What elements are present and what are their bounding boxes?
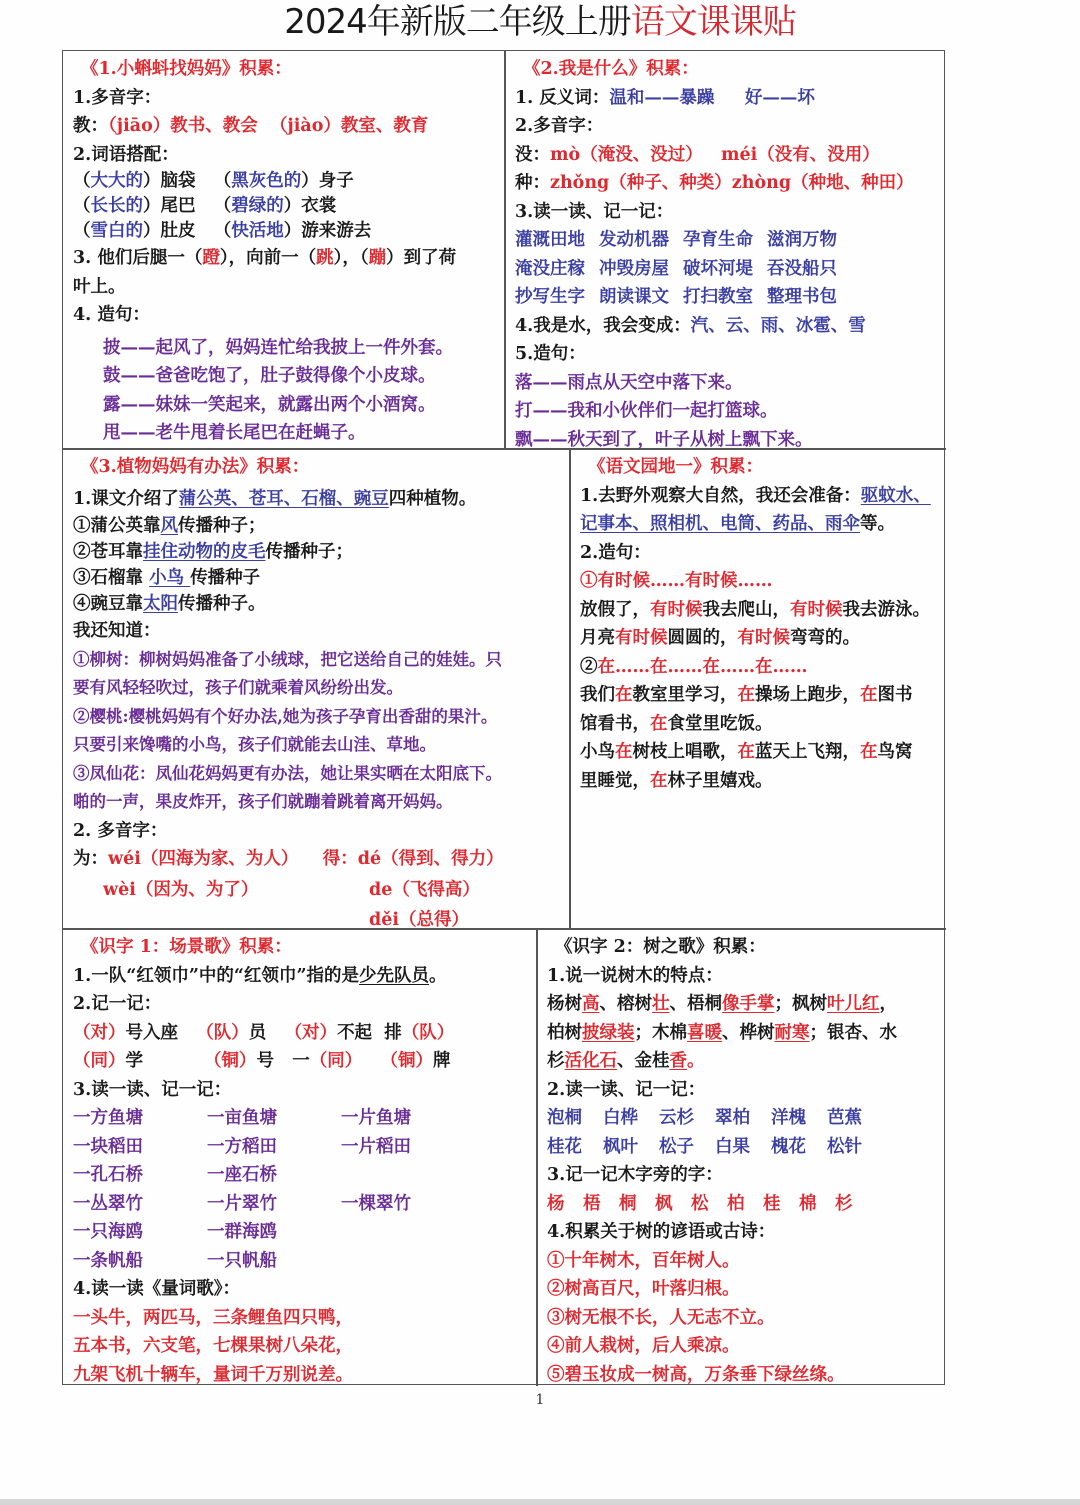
word-row: 淹没庄稼冲毁房屋破坏河堤吞没船只 (515, 255, 936, 284)
polyphone-row: 教：（jiāo）教书、教会 （jiào）教室、教育 (73, 112, 494, 141)
page-number: 1 (0, 1392, 1080, 1408)
measure-word-list: 一方鱼塘一亩鱼塘一片鱼塘 一块稻田一方稻田一片稻田 一孔石桥一座石桥 一丛翠竹一… (73, 1104, 526, 1275)
content-grid: 《1.小蝌蚪找妈妈》积累： 1.多音字： 教：（jiāo）教书、教会 （jiào… (62, 50, 945, 1385)
sentence-list: 披——起风了，妈妈连忙给我披上一件外套。鼓——爸爸吃饱了，肚子鼓得像个小皮球。露… (73, 334, 494, 448)
section-shuzhige: 《识字 2：树之歌》积累： 1.说一说树木的特点： 杨树高、榕树壮、梧桐像手掌；… (537, 929, 946, 1386)
section-heading: 《识字 1：场景歌》积累： (73, 933, 526, 962)
fill-verbs: 3. 他们后腿一（蹬），向前一（跳），（蹦）到了荷 (73, 244, 494, 273)
section-zhiwumama: 《3.植物妈妈有办法》积累： 1.课文介绍了蒲公英、苍耳、石榴、豌豆四种植物。 … (63, 449, 569, 928)
section-woshishenme: 《2.我是什么》积累： 1. 反义词：温和——暴躁 好——坏 2.多音字： 没：… (505, 51, 946, 448)
section-xiaokedou: 《1.小蝌蚪找妈妈》积累： 1.多音字： 教：（jiāo）教书、教会 （jiào… (63, 51, 504, 448)
section-yuwenyuandi: 《语文园地一》积累： 1.去野外观察大自然，我还会准备：驱蚊水、 记事本、照相机… (570, 449, 946, 928)
fill-row: （对）号入座 （队）员 （对）不起 排（队） (73, 1019, 526, 1048)
section-heading: 《2.我是什么》积累： (515, 55, 936, 84)
page-title: 2024年新版二年级上册语文课课贴 (0, 0, 1080, 46)
word-row: 抄写生字朗读课文打扫教室整理书包 (515, 283, 936, 312)
wood-radical-chars: 杨梧桐枫松柏桂棉杉 (547, 1190, 936, 1219)
bottom-edge (0, 1499, 1080, 1505)
collocation-row: （大大的）脑袋 （黑灰色的）身子 (73, 169, 494, 194)
section-heading: 《1.小蝌蚪找妈妈》积累： (73, 55, 494, 84)
section-heading: 《识字 2：树之歌》积累： (547, 933, 936, 962)
sayings-list: ①十年树木，百年树人。②树高百尺，叶落归根。③树无根不长，人无志不立。④前人栽树… (547, 1247, 936, 1390)
section-heading: 《语文园地一》积累： (580, 453, 936, 482)
fill-row: （同）学 （铜）号 一（同） （铜）牌 (73, 1047, 526, 1076)
collocation-row: （长长的）尾巴 （碧绿的）衣裳 (73, 194, 494, 219)
sentence-list: 落——雨点从天空中落下来。打——我和小伙伴们一起打篮球。飘——秋天到了，叶子从树… (515, 369, 936, 455)
collocation-row: （雪白的）肚皮 （快活地）游来游去 (73, 219, 494, 244)
section-heading: 《3.植物妈妈有办法》积累： (73, 453, 559, 482)
word-row: 灌溉田地发动机器孕育生命滋润万物 (515, 226, 936, 255)
know-list: ①柳树：柳树妈妈准备了小绒球，把它送给自己的娃娃。只要有风轻轻吹过，孩子们就乘着… (73, 646, 559, 817)
section-changjingge: 《识字 1：场景歌》积累： 1.一队“红领巾”中的“红领巾”指的是少先队员。 2… (63, 929, 536, 1386)
measure-word-song: 一头牛，两匹马，三条鲤鱼四只鸭，五本书，六支笔，七棵果树八朵花，九架飞机十辆车，… (73, 1304, 526, 1390)
